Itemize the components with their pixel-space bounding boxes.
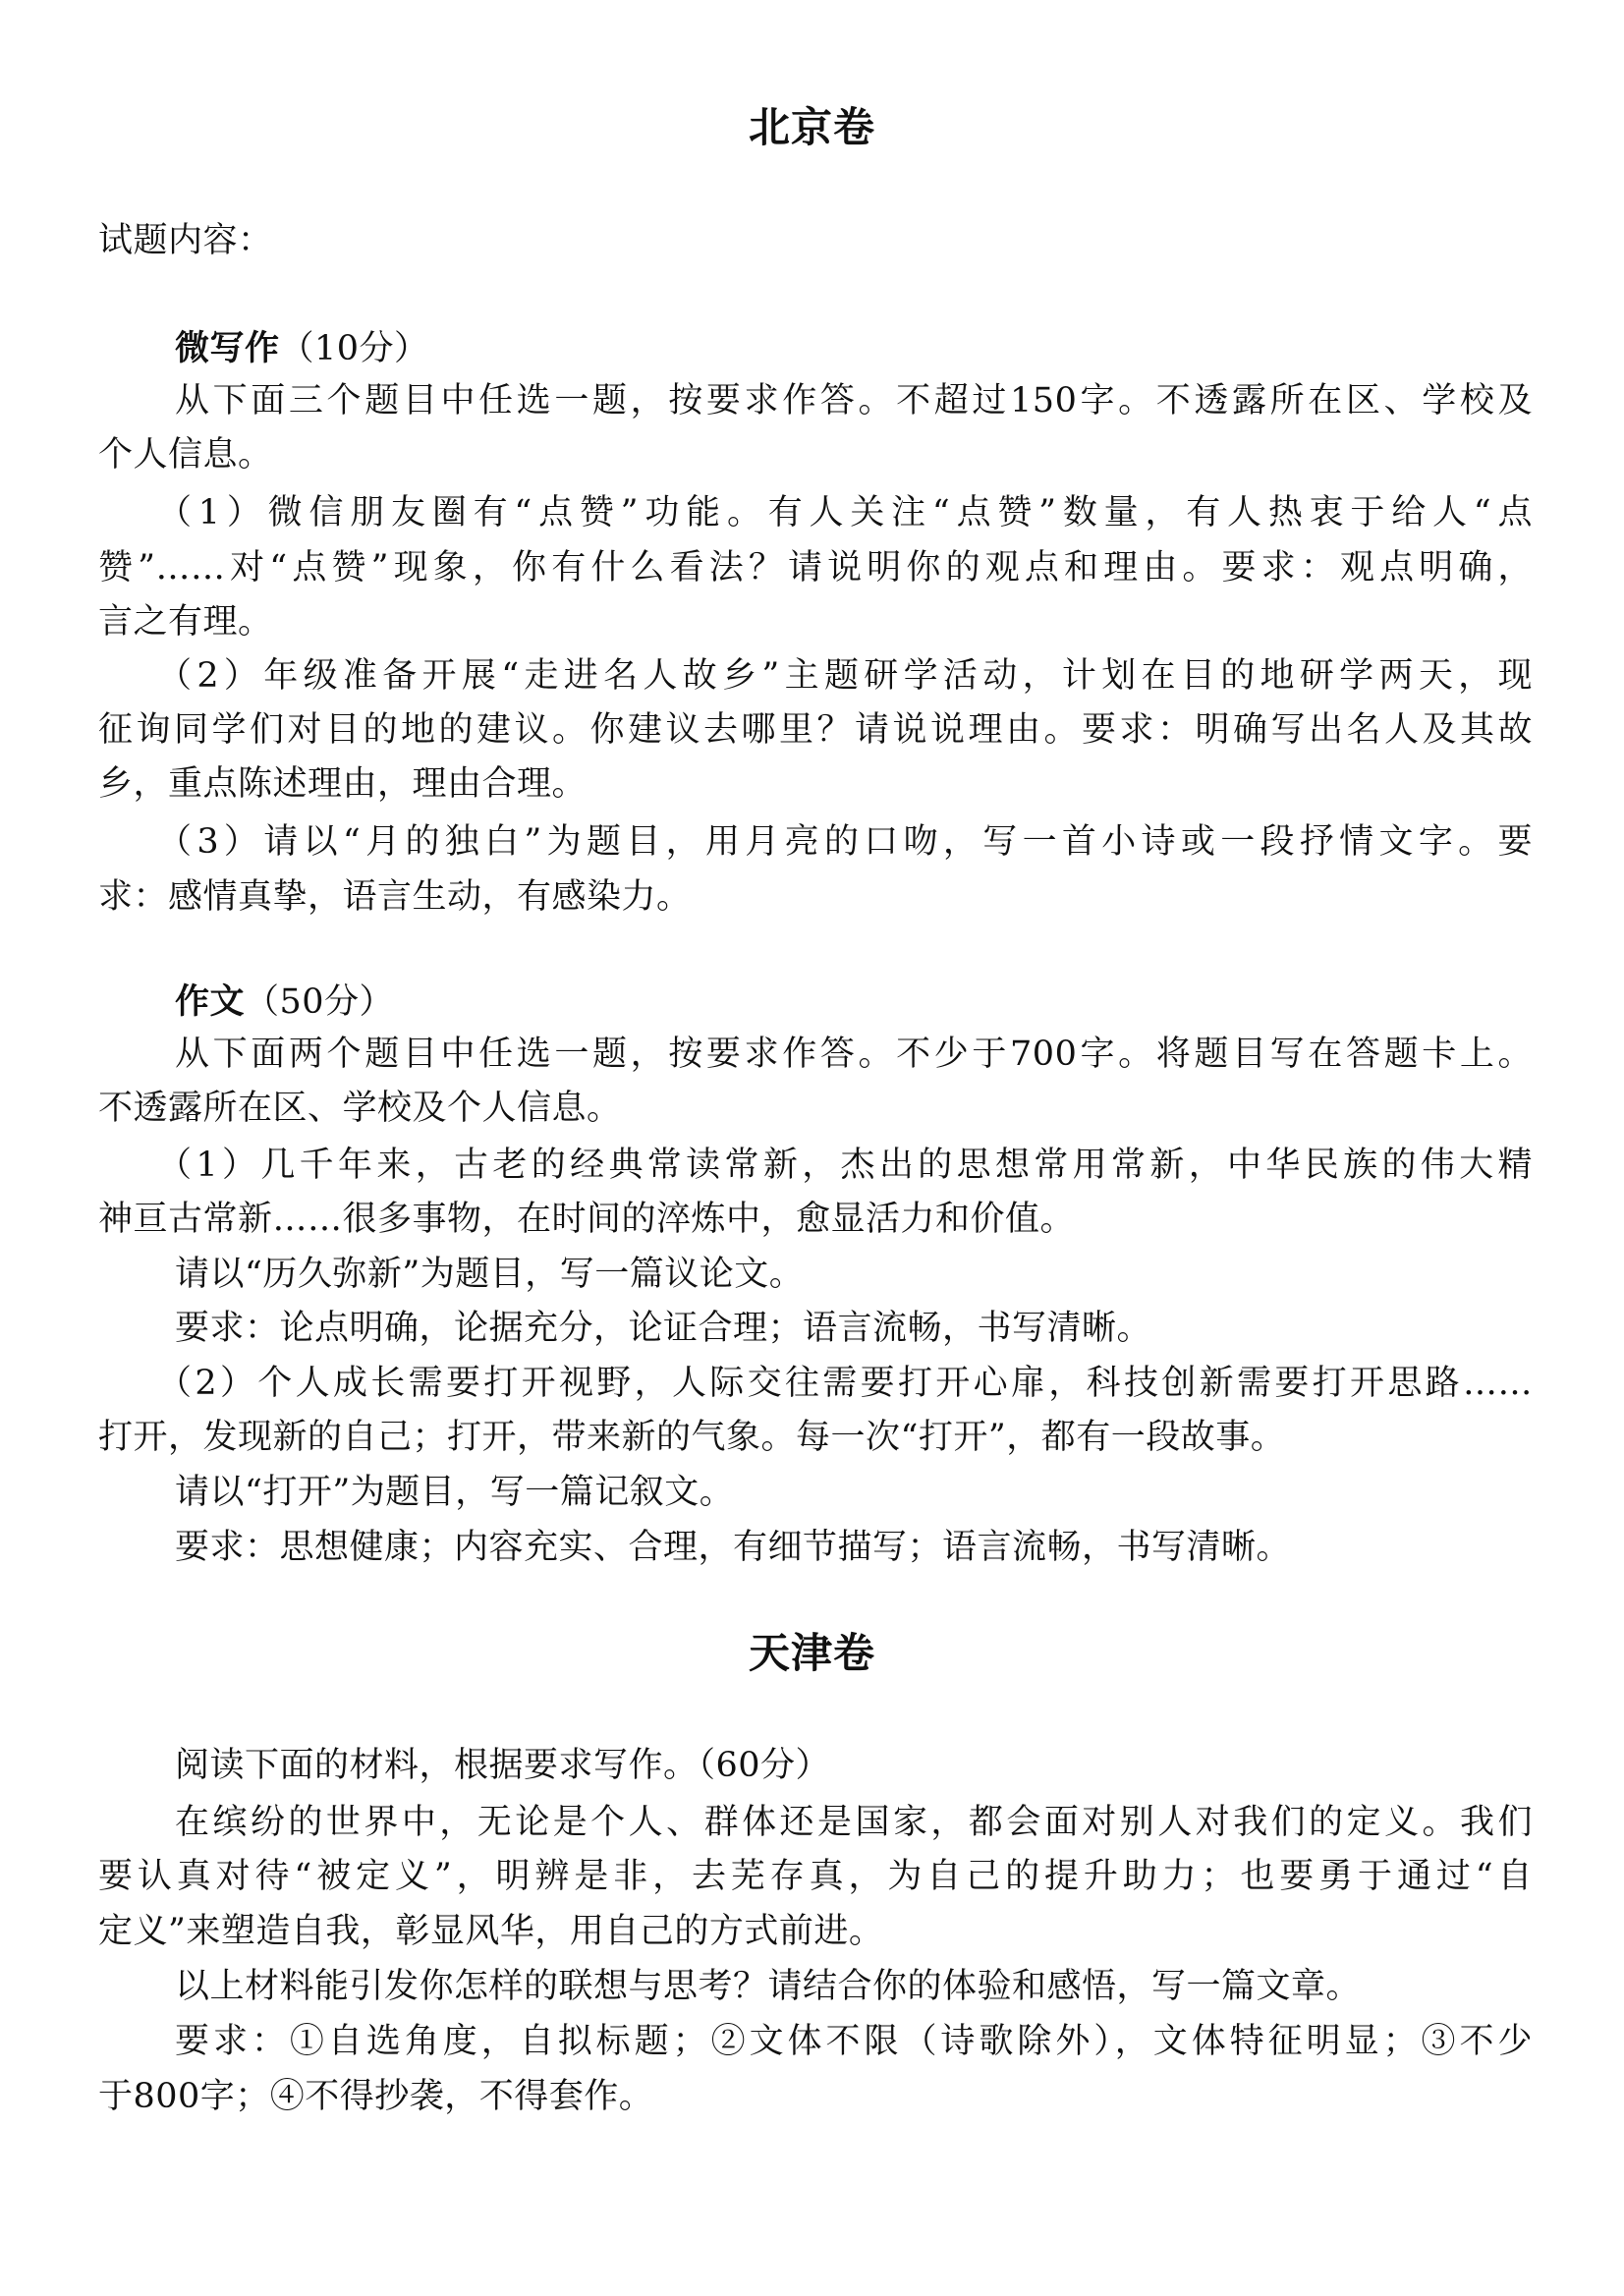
- essay-option-1-line: 神亘古常新……很多事物，在时间的淬炼中，愈显活力和价值。: [98, 1192, 1533, 1247]
- section-title-beijing: 北京卷: [0, 98, 1624, 157]
- micro-option-2-line: 征询同学们对目的地的建议。你建议去哪里？请说说理由。要求：明确写出名人及其故: [98, 702, 1533, 757]
- tianjin-requirements-line: 要求：①自选角度，自拟标题；②文体不限（诗歌除外），文体特征明显；③不少: [175, 2014, 1533, 2069]
- tianjin-material-line: 定义”来塑造自我，彰显风华，用自己的方式前进。: [98, 1904, 1533, 1959]
- essay-option-2-line: 打开，发现新的自己；打开，带来新的气象。每一次“打开”，都有一段故事。: [98, 1410, 1533, 1465]
- essay-heading-label: 作文: [175, 982, 245, 1022]
- tianjin-prompt: 以上材料能引发你怎样的联想与思考？请结合你的体验和感悟，写一篇文章。: [175, 1959, 1533, 2014]
- essay-option-2-prompt: 请以“打开”为题目，写一篇记叙文。: [175, 1465, 1533, 1520]
- essay-instruction-line: 从下面两个题目中任选一题，按要求作答。不少于700字。将题目写在答题卡上。: [175, 1027, 1533, 1082]
- micro-option-3-line: （3）请以“月的独白”为题目，用月亮的口吻，写一首小诗或一段抒情文字。要: [157, 814, 1533, 869]
- micro-option-1-line: （1）微信朋友圈有“点赞”功能。有人关注“点赞”数量，有人热衷于给人“点: [157, 485, 1533, 540]
- tianjin-instruction: 阅读下面的材料，根据要求写作。（60分）: [175, 1738, 1533, 1793]
- essay-instruction-line: 不透露所在区、学校及个人信息。: [98, 1081, 1533, 1136]
- micro-writing-heading: 微写作（10分）: [175, 321, 1533, 376]
- micro-instruction-line: 个人信息。: [98, 427, 1533, 482]
- micro-instruction-line: 从下面三个题目中任选一题，按要求作答。不超过150字。不透露所在区、学校及: [175, 373, 1533, 428]
- micro-option-3-line: 求：感情真挚，语言生动，有感染力。: [98, 869, 1533, 924]
- micro-option-1-line: 赞”……对“点赞”现象，你有什么看法？请说明你的观点和理由。要求：观点明确，: [98, 540, 1533, 595]
- micro-option-2-line: 乡，重点陈述理由，理由合理。: [98, 756, 1533, 812]
- intro-label: 试题内容：: [98, 213, 1533, 268]
- essay-option-1-line: （1）几千年来，古老的经典常读常新，杰出的思想常用常新，中华民族的伟大精: [157, 1138, 1533, 1193]
- tianjin-requirements-line: 于800字；④不得抄袭，不得套作。: [98, 2069, 1533, 2124]
- essay-option-2-requirements: 要求：思想健康；内容充实、合理，有细节描写；语言流畅，书写清晰。: [175, 1520, 1533, 1575]
- micro-option-2-line: （2）年级准备开展“走进名人故乡”主题研学活动，计划在目的地研学两天，现: [157, 648, 1533, 703]
- essay-score: （50分）: [245, 982, 394, 1022]
- micro-writing-score: （10分）: [280, 329, 429, 368]
- section-title-tianjin: 天津卷: [0, 1624, 1624, 1683]
- essay-option-2-line: （2）个人成长需要打开视野，人际交往需要打开心扉，科技创新需要打开思路……: [157, 1356, 1533, 1411]
- tianjin-material-line: 在缤纷的世界中，无论是个人、群体还是国家，都会面对别人对我们的定义。我们: [175, 1795, 1533, 1850]
- micro-writing-heading-label: 微写作: [175, 329, 280, 368]
- micro-option-1-line: 言之有理。: [98, 594, 1533, 649]
- essay-option-1-prompt: 请以“历久弥新”为题目，写一篇议论文。: [175, 1247, 1533, 1302]
- essay-option-1-requirements: 要求：论点明确，论据充分，论证合理；语言流畅，书写清晰。: [175, 1301, 1533, 1356]
- essay-heading: 作文（50分）: [175, 975, 1533, 1030]
- tianjin-material-line: 要认真对待“被定义”，明辨是非，去芜存真，为自己的提升助力；也要勇于通过“自: [98, 1849, 1533, 1904]
- exam-document-page: 北京卷 试题内容： 微写作（10分） 从下面三个题目中任选一题，按要求作答。不超…: [0, 0, 1624, 2296]
